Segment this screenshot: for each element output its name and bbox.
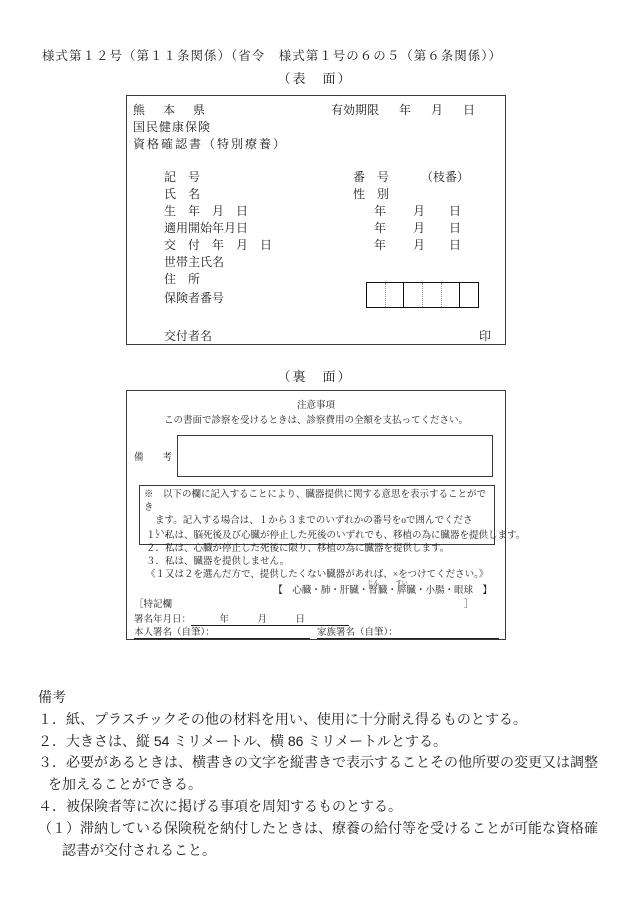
insurer-number-label: 保険者番号 [164,289,224,306]
notes-section: 備考 １．紙、プラスチックその他の材料を用い、使用に十分耐え得るものとする。 ２… [38,687,598,861]
start-year-unit: 年 [374,219,386,236]
organ-list-mid: 臓・ [378,586,397,596]
issuer-name-label: 交付者名 [164,327,212,344]
note-line: ４．被保険者等に次に掲げる事項を周知するものとする。 [38,796,598,818]
expiry-month-unit: 月 [431,101,443,118]
donation-choice-2: ２．私は、心臓が停止した死後に限り、移植の為に臓器を提供します。 [146,540,449,554]
householder-label: 世帯主氏名 [164,253,224,270]
sex-label: 性 別 [353,185,389,202]
note-line-continuation: を加えることができる。 [38,774,598,796]
start-day-unit: 日 [449,219,461,236]
start-month-unit: 月 [413,219,425,236]
birth-day-unit: 日 [449,202,461,219]
front-side-label: （表 面） [0,68,630,87]
document-page: 様式第１２号（第１１条関係）（省令 様式第１号の６の５（第６条関係）） （表 面… [0,0,630,903]
issuer-prefecture: 熊 本 県 [133,101,208,118]
seal-mark: 印 [479,327,491,344]
organ-note-line1: ※ 以下の欄に記入することにより、臓器提供に関する意思を表示することができ [144,489,490,515]
issue-year-unit: 年 [374,236,386,253]
name-label: 氏 名 [164,185,200,202]
start-date-label: 適用開始年月日 [164,219,248,236]
insurer-number-cell [403,283,422,307]
insurer-number-cell [385,283,404,307]
certificate-back: 注意事項 この書面で診察を受けるときは、診察費用の全額を支払ってください。 備 … [126,390,506,640]
caution-title: 注意事項 [127,397,505,411]
symbol-label: 記 号 [164,168,200,185]
note-line-continuation: 認書が交付されること。 [38,840,598,862]
issue-date-label: 交 付 年 月 日 [164,236,272,253]
remarks-field [177,435,493,477]
insurer-number-cell [459,283,478,307]
organ-list-open: 【 心臓・肺・肝臓・ [273,586,368,596]
organ-list-close: 臓・小腸・眼球 】 [406,586,492,596]
certificate-front: 熊 本 県 有効期限 年 月 日 国民健康保険 資格確認書（特別療養） 記 号 … [126,95,506,345]
number-label: 番 号 [353,168,389,185]
family-signature-line: 家族署名（自筆）： [317,624,499,639]
birth-year-unit: 年 [374,202,386,219]
donation-choice-3: ３．私は、臓器を提供しません。 [146,553,289,567]
cross-mark-note: 《１又は２を選んだ方で、提供したくない臓器があれば、×をつけてください。》 [146,566,488,580]
birth-month-unit: 月 [413,202,425,219]
organ-list: 【 心臓・肺・肝臓・腎じん臓・膵すい臓・小腸・眼球 】 [273,581,492,597]
caution-text: この書面で診察を受けるときは、診察費用の全額を支払ってください。 [127,412,505,426]
note-line: （１）滞納している保険税を納付したときは、療養の給付等を受けることが可能な資格確 [38,818,598,840]
signature-row: 本人署名（自筆）：家族署名（自筆）： [134,624,499,639]
birth-date-label: 生 年 月 日 [164,202,248,219]
special-field-close-bracket: ］ [464,596,474,610]
back-side-label: （裏 面） [0,366,630,385]
organ-kidney: 腎じん [368,586,378,596]
remarks-label: 備 考 [134,449,172,463]
note-line: ３．必要があるときは、横書きの文字を縦書きで表示することその他所要の変更又は調整 [38,752,598,774]
note-line: ２．大きさは、縦 54 ミリメートル、横 86 ミリメートルとする。 [38,731,598,753]
insurance-type: 国民健康保険 [133,118,211,135]
issue-day-unit: 日 [449,236,461,253]
insurer-number-cell [422,283,441,307]
expiry-day-unit: 日 [463,101,475,118]
branch-number-label: （枝番） [421,168,469,185]
self-signature-line: 本人署名（自筆）： [134,624,310,639]
expiry-label: 有効期限 [331,101,379,118]
form-number-line: 様式第１２号（第１１条関係）（省令 様式第１号の６の５（第６条関係）） [42,46,502,64]
insurer-number-cell [367,283,385,307]
insurer-number-cell [441,283,460,307]
notes-title: 備考 [38,687,598,709]
expiry-year-unit: 年 [399,101,411,118]
note-line: １．紙、プラスチックその他の材料を用い、使用に十分耐え得るものとする。 [38,709,598,731]
issue-month-unit: 月 [413,236,425,253]
document-title: 資格確認書（特別療養） [133,135,287,152]
address-label: 住 所 [164,270,200,287]
donation-choice-1: １．私は、脳死後及び心臓が停止した死後のいずれでも、移植の為に臓器を提供します。 [146,527,525,541]
special-field-open-bracket: ［特記欄 [134,596,172,610]
insurer-number-box [366,282,479,308]
